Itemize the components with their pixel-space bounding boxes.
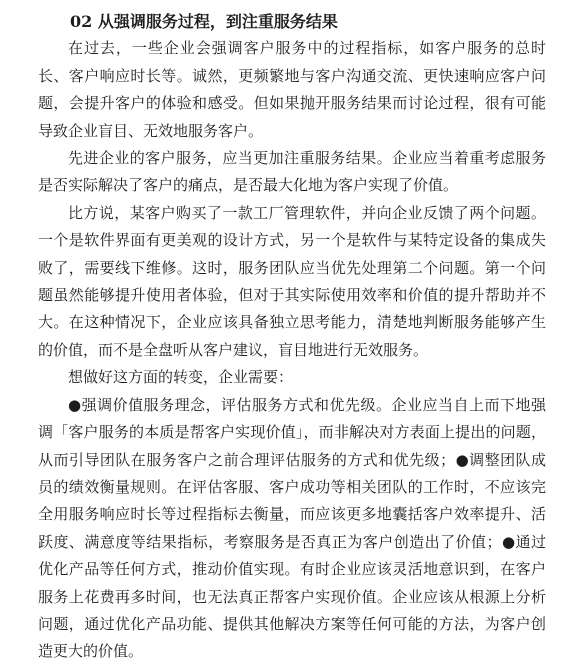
section-heading: 02 从强调服务过程，到注重服务结果 [38,8,546,35]
paragraph: 比方说，某客户购买了一款工厂管理软件，并向企业反馈了两个问题。一个是软件界面有更… [38,200,546,364]
paragraph: 想做好这方面的转变，企业需要： [38,364,546,391]
paragraph: 先进企业的客户服务，应当更加注重服务结果。企业应当着重考虑服务是否实际解决了客户… [38,145,546,200]
paragraph-bullet-list: ●强调价值服务理念，评估服务方式和优先级。企业应当自上而下地强调「客户服务的本质… [38,392,546,665]
document-page: 02 从强调服务过程，到注重服务结果 在过去，一些企业会强调客户服务中的过程指标… [0,0,580,665]
paragraph: 在过去，一些企业会强调客户服务中的过程指标，如客户服务的总时长、客户响应时长等。… [38,35,546,145]
